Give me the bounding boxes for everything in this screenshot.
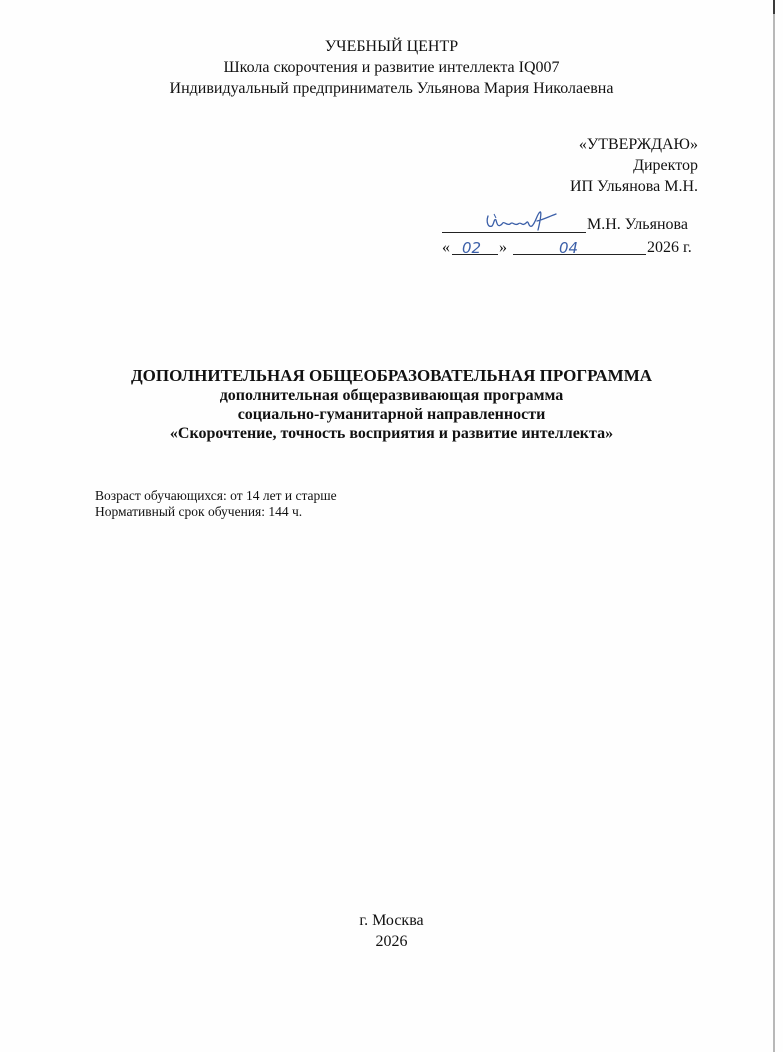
handwritten-month: 04 — [559, 239, 578, 257]
approval-year: 2026 г. — [647, 239, 692, 257]
document-footer: г. Москва 2026 — [0, 910, 783, 952]
header-center-name: УЧЕБНЫЙ ЦЕНТР — [0, 36, 783, 57]
study-duration: Нормативный срок обучения: 144 ч. — [95, 504, 337, 520]
signature-row: М.Н. Ульянова — [442, 212, 700, 236]
handwritten-day: 02 — [462, 239, 481, 257]
document-page: УЧЕБНЫЙ ЦЕНТР Школа скорочтения и развит… — [0, 0, 783, 1052]
approval-position: Директор — [570, 155, 698, 176]
approval-stamp: «УТВЕРЖДАЮ» — [570, 134, 698, 155]
date-open-quote: « — [442, 239, 450, 257]
program-name: «Скорочтение, точность восприятия и разв… — [0, 424, 783, 443]
approval-organization: ИП Ульянова М.Н. — [570, 176, 698, 197]
footer-year: 2026 — [0, 931, 783, 952]
organization-header: УЧЕБНЫЙ ЦЕНТР Школа скорочтения и развит… — [0, 36, 783, 99]
program-type: дополнительная общеразвивающая программа — [0, 386, 783, 405]
approval-date-row: « 02 » 04 2026 г. — [442, 235, 700, 259]
program-title: ДОПОЛНИТЕЛЬНАЯ ОБЩЕОБРАЗОВАТЕЛЬНАЯ ПРОГР… — [0, 366, 783, 386]
header-school-name: Школа скорочтения и развитие интеллекта … — [0, 57, 783, 78]
program-direction: социально-гуманитарной направленности — [0, 405, 783, 424]
signatory-name: М.Н. Ульянова — [587, 216, 688, 234]
footer-city: г. Москва — [0, 910, 783, 931]
program-title-block: ДОПОЛНИТЕЛЬНАЯ ОБЩЕОБРАЗОВАТЕЛЬНАЯ ПРОГР… — [0, 366, 783, 443]
date-close-quote: » — [499, 239, 507, 257]
header-entrepreneur: Индивидуальный предприниматель Ульянова … — [0, 78, 783, 99]
student-age: Возраст обучающихся: от 14 лет и старше — [95, 488, 337, 504]
handwritten-signature-icon — [482, 208, 582, 234]
approval-block: «УТВЕРЖДАЮ» Директор ИП Ульянова М.Н. — [570, 134, 698, 197]
program-meta: Возраст обучающихся: от 14 лет и старше … — [95, 488, 337, 520]
scan-edge-line — [773, 0, 775, 1052]
month-line — [513, 254, 646, 255]
